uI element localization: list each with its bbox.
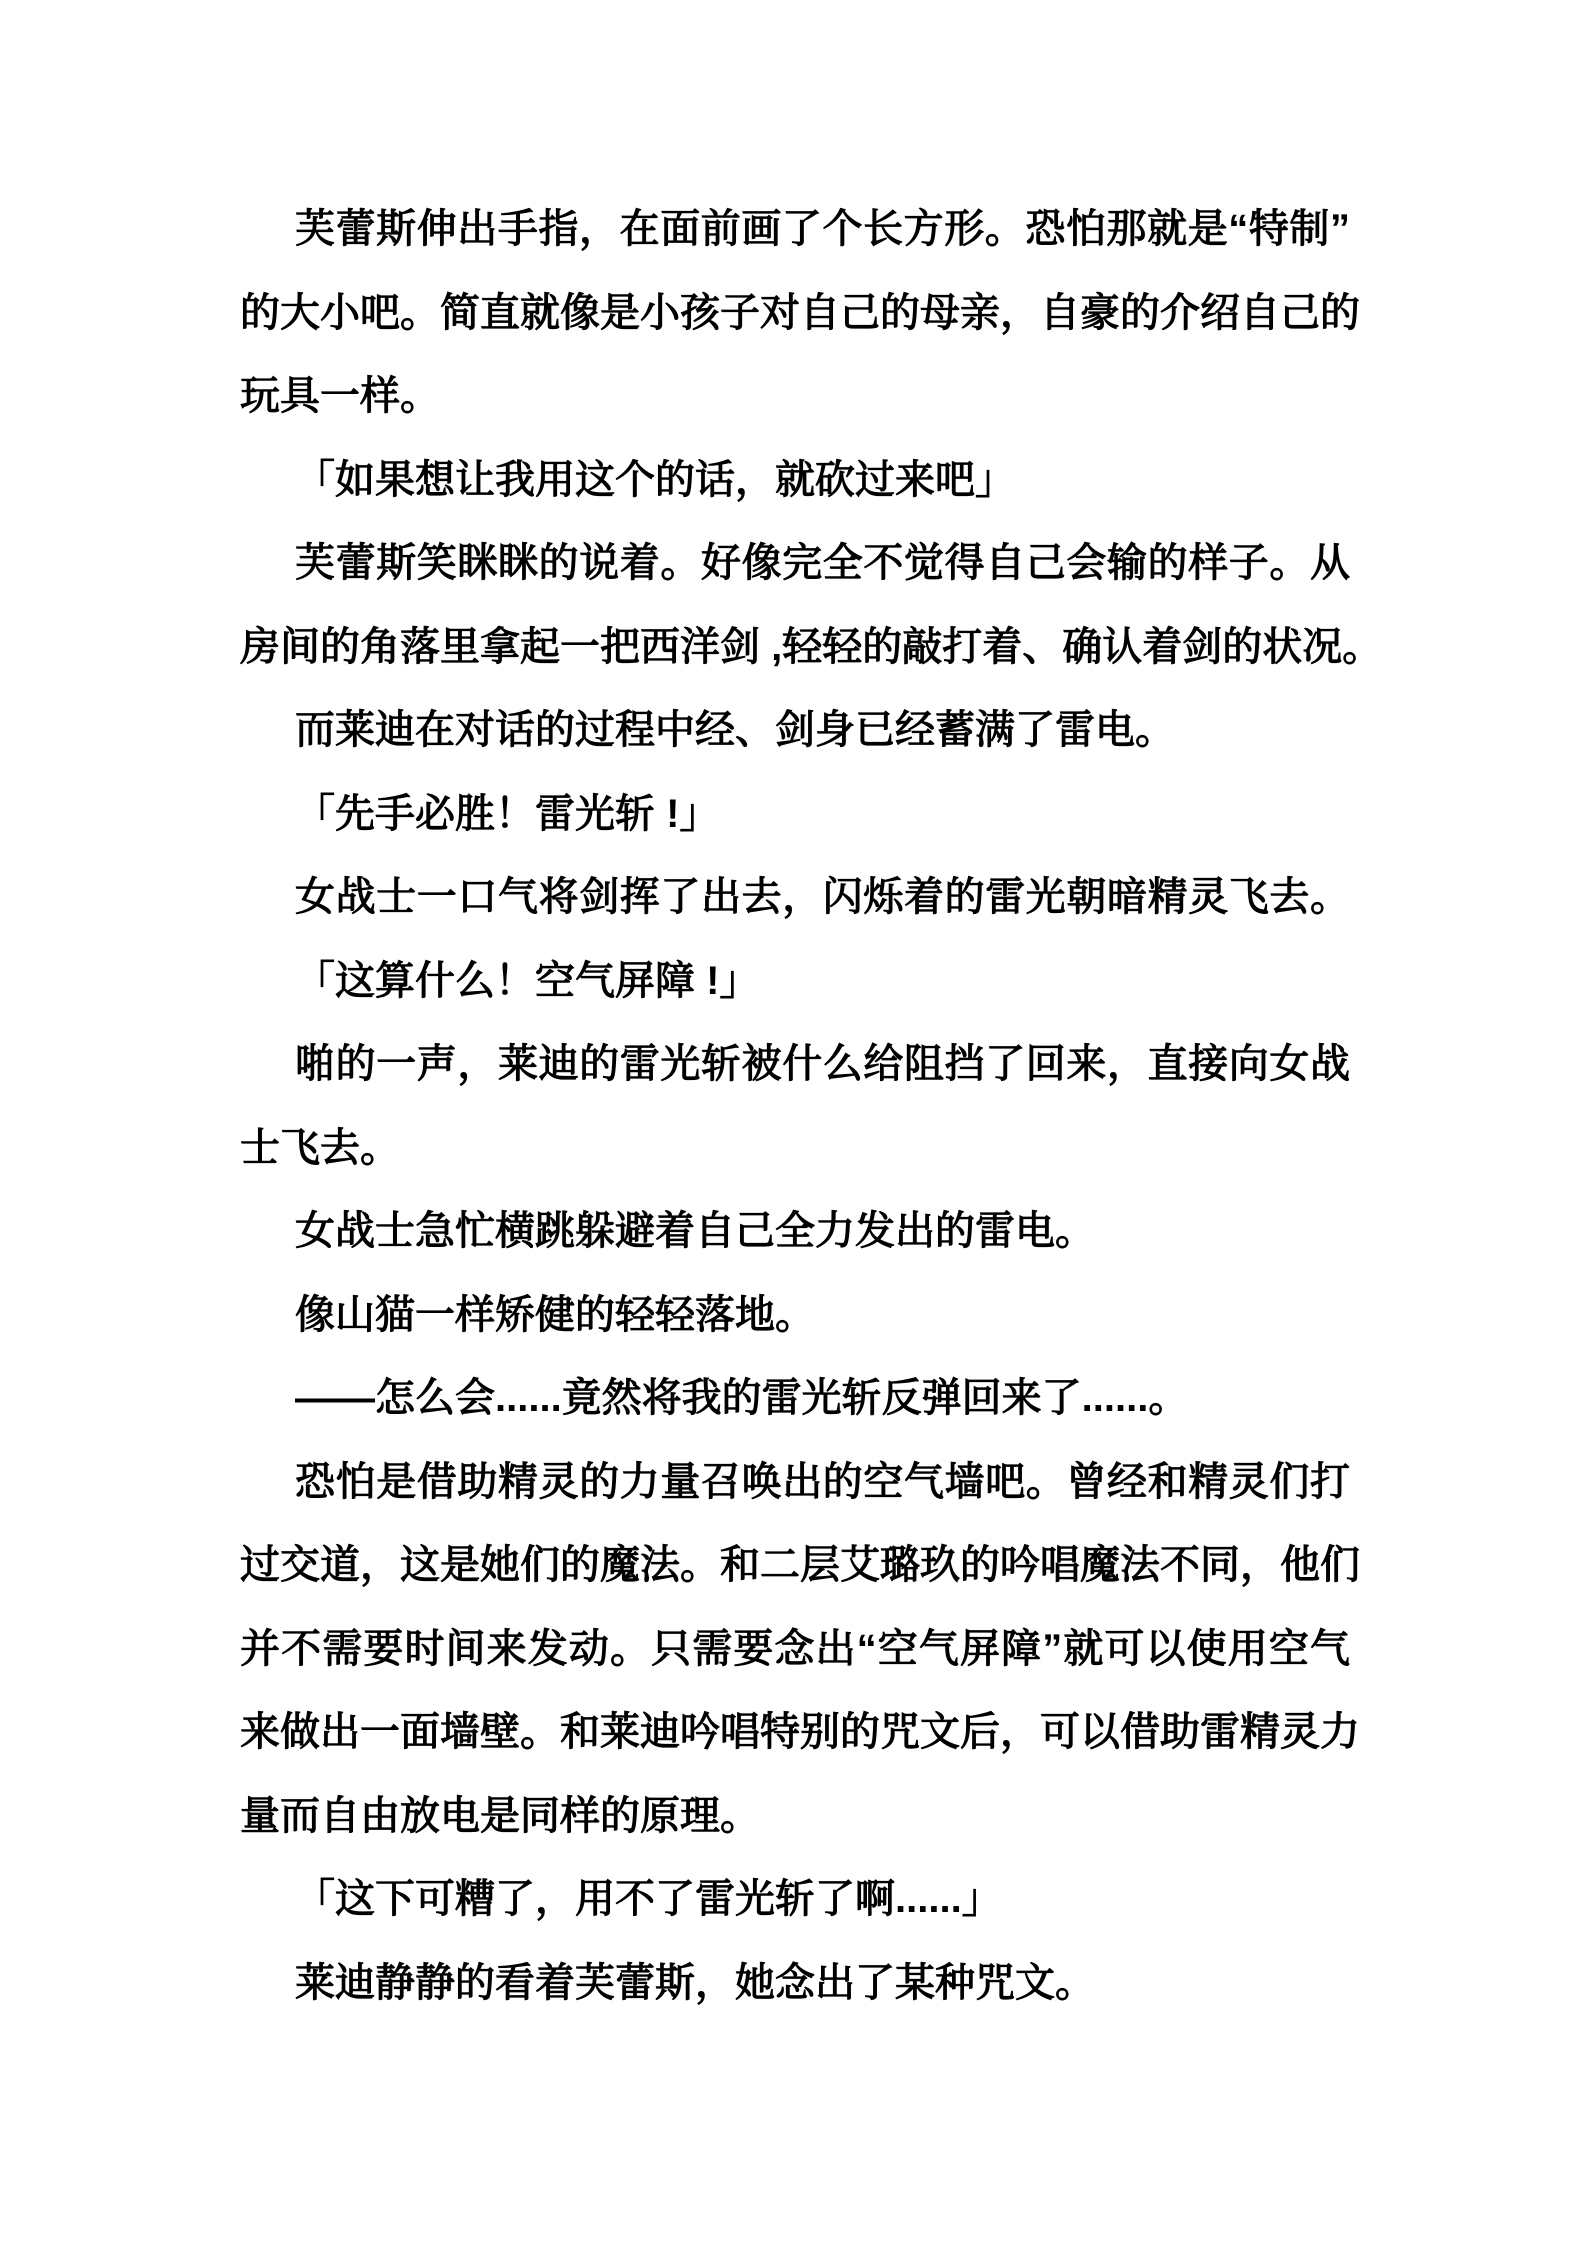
document-page: 芙蕾斯伸出手指，在面前画了个长方形。恐怕那就是“特制”的大小吧。简直就像是小孩子… [0, 0, 1587, 2245]
text-line: 来做出一面墙壁。和莱迪吟唱特别的咒文后，可以借助雷精灵力 [240, 1691, 1350, 1775]
text-line: 女战士急忙横跳躲避着自己全力发出的雷电。 [240, 1190, 1350, 1274]
text-line: 啪的一声，莱迪的雷光斩被什么给阻挡了回来，直接向女战 [240, 1023, 1350, 1107]
text-line: 「如果想让我用这个的话，就砍过来吧」 [240, 439, 1350, 523]
text-line: 并不需要时间来发动。只需要念出“空气屏障”就可以使用空气 [240, 1608, 1350, 1692]
paragraph: 恐怕是借助精灵的力量召唤出的空气墙吧。曾经和精灵们打过交道，这是她们的魔法。和二… [240, 1441, 1350, 1859]
text-line: 的大小吧。简直就像是小孩子对自己的母亲，自豪的介绍自己的 [240, 272, 1350, 356]
paragraph: 莱迪静静的看着芙蕾斯，她念出了某种咒文。 [240, 1942, 1350, 2026]
paragraph: ——怎么会......竟然将我的雷光斩反弹回来了......。 [240, 1357, 1350, 1441]
paragraph: 啪的一声，莱迪的雷光斩被什么给阻挡了回来，直接向女战士飞去。 [240, 1023, 1350, 1190]
text-line: 量而自由放电是同样的原理。 [240, 1775, 1350, 1859]
paragraph: 而莱迪在对话的过程中经、剑身已经蓄满了雷电。 [240, 689, 1350, 773]
text-line: 房间的角落里拿起一把西洋剑 ,轻轻的敲打着、确认着剑的状况。 [240, 606, 1350, 690]
paragraph: 「这下可糟了，用不了雷光斩了啊......」 [240, 1858, 1350, 1942]
text-block: 芙蕾斯伸出手指，在面前画了个长方形。恐怕那就是“特制”的大小吧。简直就像是小孩子… [240, 188, 1350, 2025]
text-line: 像山猫一样矫健的轻轻落地。 [240, 1274, 1350, 1358]
text-line: 「先手必胜！雷光斩 !」 [240, 773, 1350, 857]
paragraph: 女战士急忙横跳躲避着自己全力发出的雷电。 [240, 1190, 1350, 1274]
text-line: 「这下可糟了，用不了雷光斩了啊......」 [240, 1858, 1350, 1942]
paragraph: 「这算什么！空气屏障 !」 [240, 940, 1350, 1024]
text-line: 玩具一样。 [240, 355, 1350, 439]
text-line: 恐怕是借助精灵的力量召唤出的空气墙吧。曾经和精灵们打 [240, 1441, 1350, 1525]
paragraph: 「先手必胜！雷光斩 !」 [240, 773, 1350, 857]
text-line: 女战士一口气将剑挥了出去，闪烁着的雷光朝暗精灵飞去。 [240, 856, 1350, 940]
paragraph: 芙蕾斯伸出手指，在面前画了个长方形。恐怕那就是“特制”的大小吧。简直就像是小孩子… [240, 188, 1350, 439]
text-line: 芙蕾斯笑眯眯的说着。好像完全不觉得自己会输的样子。从 [240, 522, 1350, 606]
paragraph: 像山猫一样矫健的轻轻落地。 [240, 1274, 1350, 1358]
text-line: 芙蕾斯伸出手指，在面前画了个长方形。恐怕那就是“特制” [240, 188, 1350, 272]
text-line: 「这算什么！空气屏障 !」 [240, 940, 1350, 1024]
paragraph: 「如果想让我用这个的话，就砍过来吧」 [240, 439, 1350, 523]
text-line: 而莱迪在对话的过程中经、剑身已经蓄满了雷电。 [240, 689, 1350, 773]
text-line: ——怎么会......竟然将我的雷光斩反弹回来了......。 [240, 1357, 1350, 1441]
text-line: 过交道，这是她们的魔法。和二层艾璐玖的吟唱魔法不同，他们 [240, 1524, 1350, 1608]
paragraph: 芙蕾斯笑眯眯的说着。好像完全不觉得自己会输的样子。从房间的角落里拿起一把西洋剑 … [240, 522, 1350, 689]
paragraph: 女战士一口气将剑挥了出去，闪烁着的雷光朝暗精灵飞去。 [240, 856, 1350, 940]
text-line: 士飞去。 [240, 1107, 1350, 1191]
text-line: 莱迪静静的看着芙蕾斯，她念出了某种咒文。 [240, 1942, 1350, 2026]
